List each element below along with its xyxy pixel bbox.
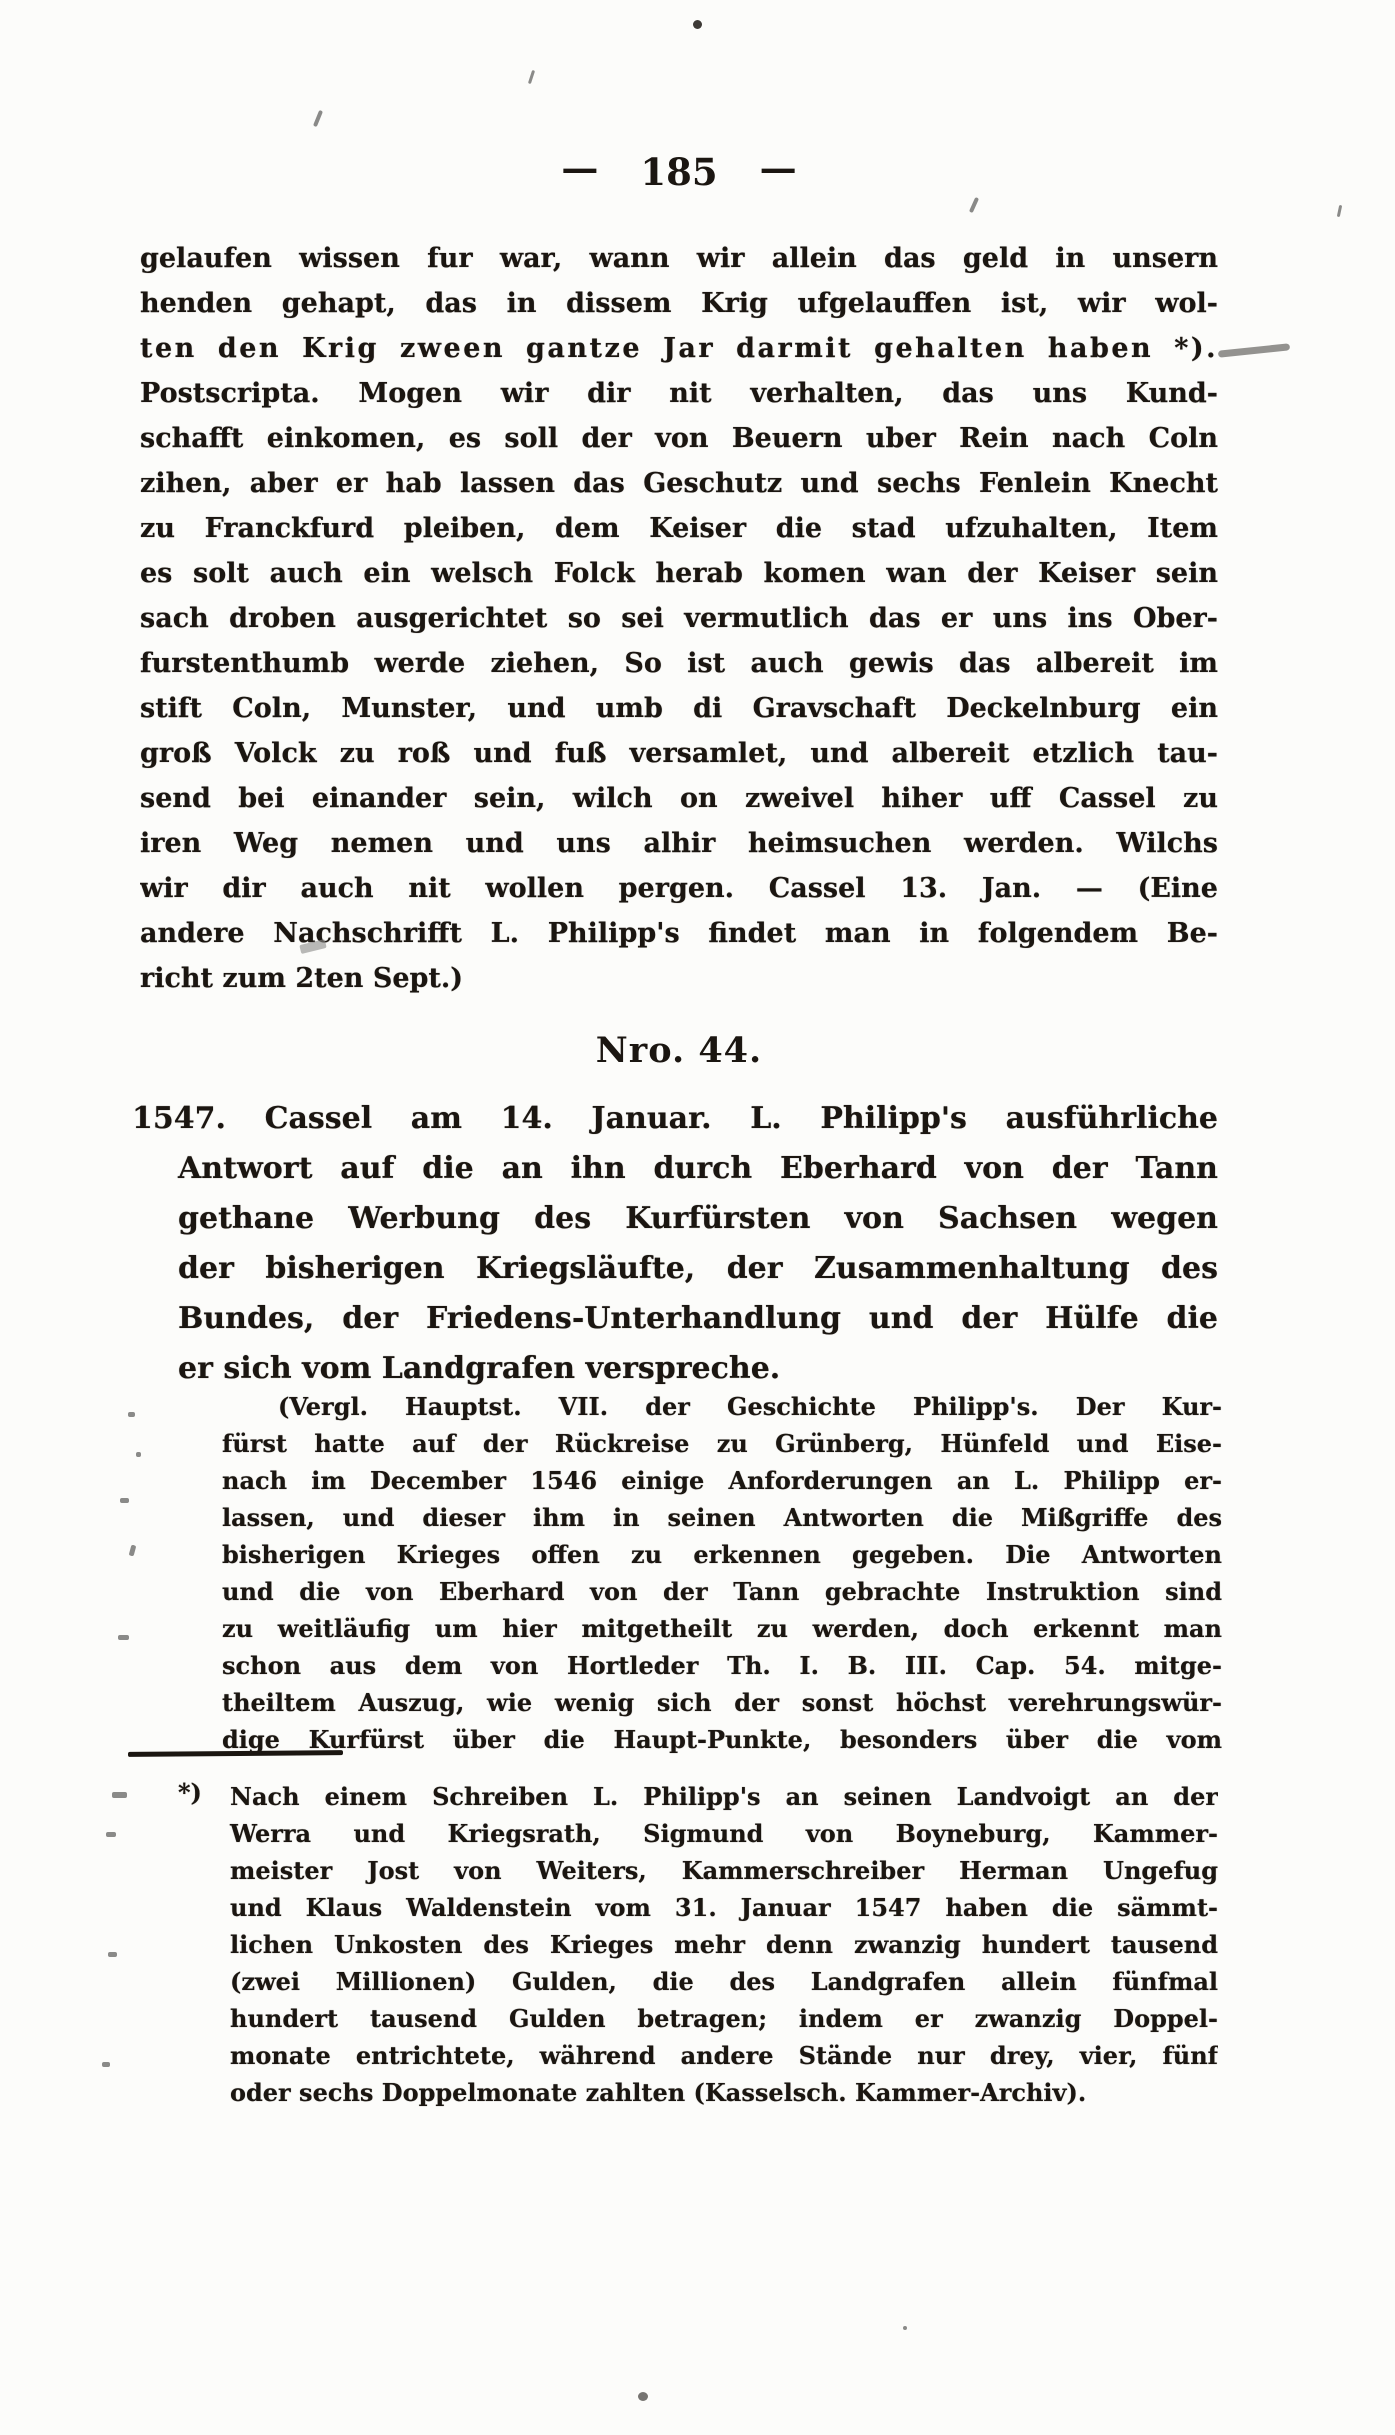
scan-mark bbox=[120, 1498, 129, 1503]
commentary-line: nach im December 1546 einige Anforderung… bbox=[222, 1462, 1222, 1499]
commentary-line: schon aus dem von Hortleder Th. I. B. II… bbox=[222, 1647, 1222, 1684]
entry-line: gethane Werbung des Kurfürsten von Sachs… bbox=[132, 1194, 1218, 1244]
letter-line: stift Coln, Munster, und umb di Gravscha… bbox=[140, 686, 1218, 731]
letter-line: sach droben ausgerichtet so sei vermutli… bbox=[140, 596, 1218, 641]
footnote-line: hundert tausend Gulden betragen; indem e… bbox=[178, 2000, 1218, 2037]
commentary-line: (Vergl. Hauptst. VII. der Geschichte Phi… bbox=[222, 1388, 1222, 1425]
commentary-line: theiltem Auszug, wie wenig sich der sons… bbox=[222, 1684, 1222, 1721]
scan-mark bbox=[969, 197, 979, 213]
scan-mark bbox=[128, 1412, 135, 1417]
footnote-marker: *) bbox=[178, 1778, 226, 1807]
commentary-paragraph: (Vergl. Hauptst. VII. der Geschichte Phi… bbox=[222, 1388, 1222, 1758]
scan-mark bbox=[129, 1545, 137, 1557]
letter-line: richt zum 2ten Sept.) bbox=[140, 956, 1218, 1001]
scan-mark bbox=[112, 1792, 127, 1798]
letter-line: henden gehapt, das in dissem Krig ufgela… bbox=[140, 281, 1218, 326]
entry-line: Antwort auf die an ihn durch Eberhard vo… bbox=[132, 1144, 1218, 1194]
letter-line: zu Franckfurd pleiben, dem Keiser die st… bbox=[140, 506, 1218, 551]
entry-line: 1547. Cassel am 14. Januar. L. Philipp's… bbox=[132, 1094, 1218, 1144]
letter-line: send bei einander sein, wilch on zweivel… bbox=[140, 776, 1218, 821]
scan-mark bbox=[102, 2062, 110, 2067]
scan-mark bbox=[106, 1832, 116, 1837]
footnote-line: und Klaus Waldenstein vom 31. Januar 154… bbox=[178, 1889, 1218, 1926]
commentary-line: lassen, und dieser ihm in seinen Antwort… bbox=[222, 1499, 1222, 1536]
commentary-line: und die von Eberhard von der Tann gebrac… bbox=[222, 1573, 1222, 1610]
letter-line: zihen, aber er hab lassen das Geschutz u… bbox=[140, 461, 1218, 506]
commentary-line: fürst hatte auf der Rückreise zu Grünber… bbox=[222, 1425, 1222, 1462]
letter-line: ten den Krig zween gantze Jar darmit geh… bbox=[140, 326, 1218, 371]
scan-mark bbox=[118, 1635, 129, 1640]
letter-line: furstenthumb werde ziehen, So ist auch g… bbox=[140, 641, 1218, 686]
commentary-line: dige Kurfürst über die Haupt-Punkte, bes… bbox=[222, 1721, 1222, 1758]
running-head-right-dash: — bbox=[760, 146, 797, 190]
letter-line: gelaufen wissen fur war, wann wir allein… bbox=[140, 236, 1218, 281]
letter-line: groß Volck zu roß und fuß versamlet, und… bbox=[140, 731, 1218, 776]
scan-mark bbox=[1218, 343, 1290, 357]
footnote-line: meister Jost von Weiters, Kammerschreibe… bbox=[178, 1852, 1218, 1889]
footnote-line: (zwei Millionen) Gulden, die des Landgra… bbox=[178, 1963, 1218, 2000]
footnote-line: Werra und Kriegsrath, Sigmund von Boyneb… bbox=[178, 1815, 1218, 1852]
scan-mark bbox=[136, 1452, 141, 1457]
scan-mark bbox=[693, 20, 702, 29]
commentary-line: bisherigen Krieges offen zu erkennen geg… bbox=[222, 1536, 1222, 1573]
running-head: —185— bbox=[140, 150, 1218, 194]
footnote-line: monate entrichtete, während andere Ständ… bbox=[178, 2037, 1218, 2074]
scan-mark bbox=[313, 110, 323, 127]
scan-mark bbox=[1337, 205, 1342, 217]
footnote-line: oder sechs Doppelmonate zahlten (Kassels… bbox=[178, 2074, 1218, 2111]
scan-mark bbox=[638, 2392, 648, 2401]
entry-heading-paragraph: 1547. Cassel am 14. Januar. L. Philipp's… bbox=[132, 1094, 1218, 1394]
letter-line: iren Weg nemen und uns alhir heimsuchen … bbox=[140, 821, 1218, 866]
commentary-line: zu weitläufig um hier mitgetheilt zu wer… bbox=[222, 1610, 1222, 1647]
running-head-left-dash: — bbox=[561, 146, 598, 190]
footnote-line: Nach einem Schreiben L. Philipp's an sei… bbox=[178, 1778, 1218, 1815]
page-number: 185 bbox=[640, 150, 717, 194]
letter-paragraph: gelaufen wissen fur war, wann wir allein… bbox=[140, 236, 1218, 1001]
scan-mark bbox=[528, 70, 535, 84]
footnote: *) Nach einem Schreiben L. Philipp's an … bbox=[178, 1778, 1218, 2111]
footnote-line: lichen Unkosten des Krieges mehr denn zw… bbox=[178, 1926, 1218, 1963]
section-number-heading: Nro. 44. bbox=[140, 1030, 1218, 1071]
letter-line: Postscripta. Mogen wir dir nit verhalten… bbox=[140, 371, 1218, 416]
scan-mark bbox=[108, 1952, 117, 1957]
scanned-book-page: —185— gelaufen wissen fur war, wann wir … bbox=[0, 0, 1395, 2435]
scan-mark bbox=[903, 2326, 907, 2330]
entry-line: der bisherigen Kriegsläufte, der Zusamme… bbox=[132, 1244, 1218, 1294]
entry-line: Bundes, der Friedens-Unterhandlung und d… bbox=[132, 1294, 1218, 1344]
letter-line: es solt auch ein welsch Folck herab kome… bbox=[140, 551, 1218, 596]
letter-line: wir dir auch nit wollen pergen. Cassel 1… bbox=[140, 866, 1218, 911]
entry-line: er sich vom Landgrafen verspreche. bbox=[132, 1344, 1218, 1394]
letter-line: schafft einkomen, es soll der von Beuern… bbox=[140, 416, 1218, 461]
